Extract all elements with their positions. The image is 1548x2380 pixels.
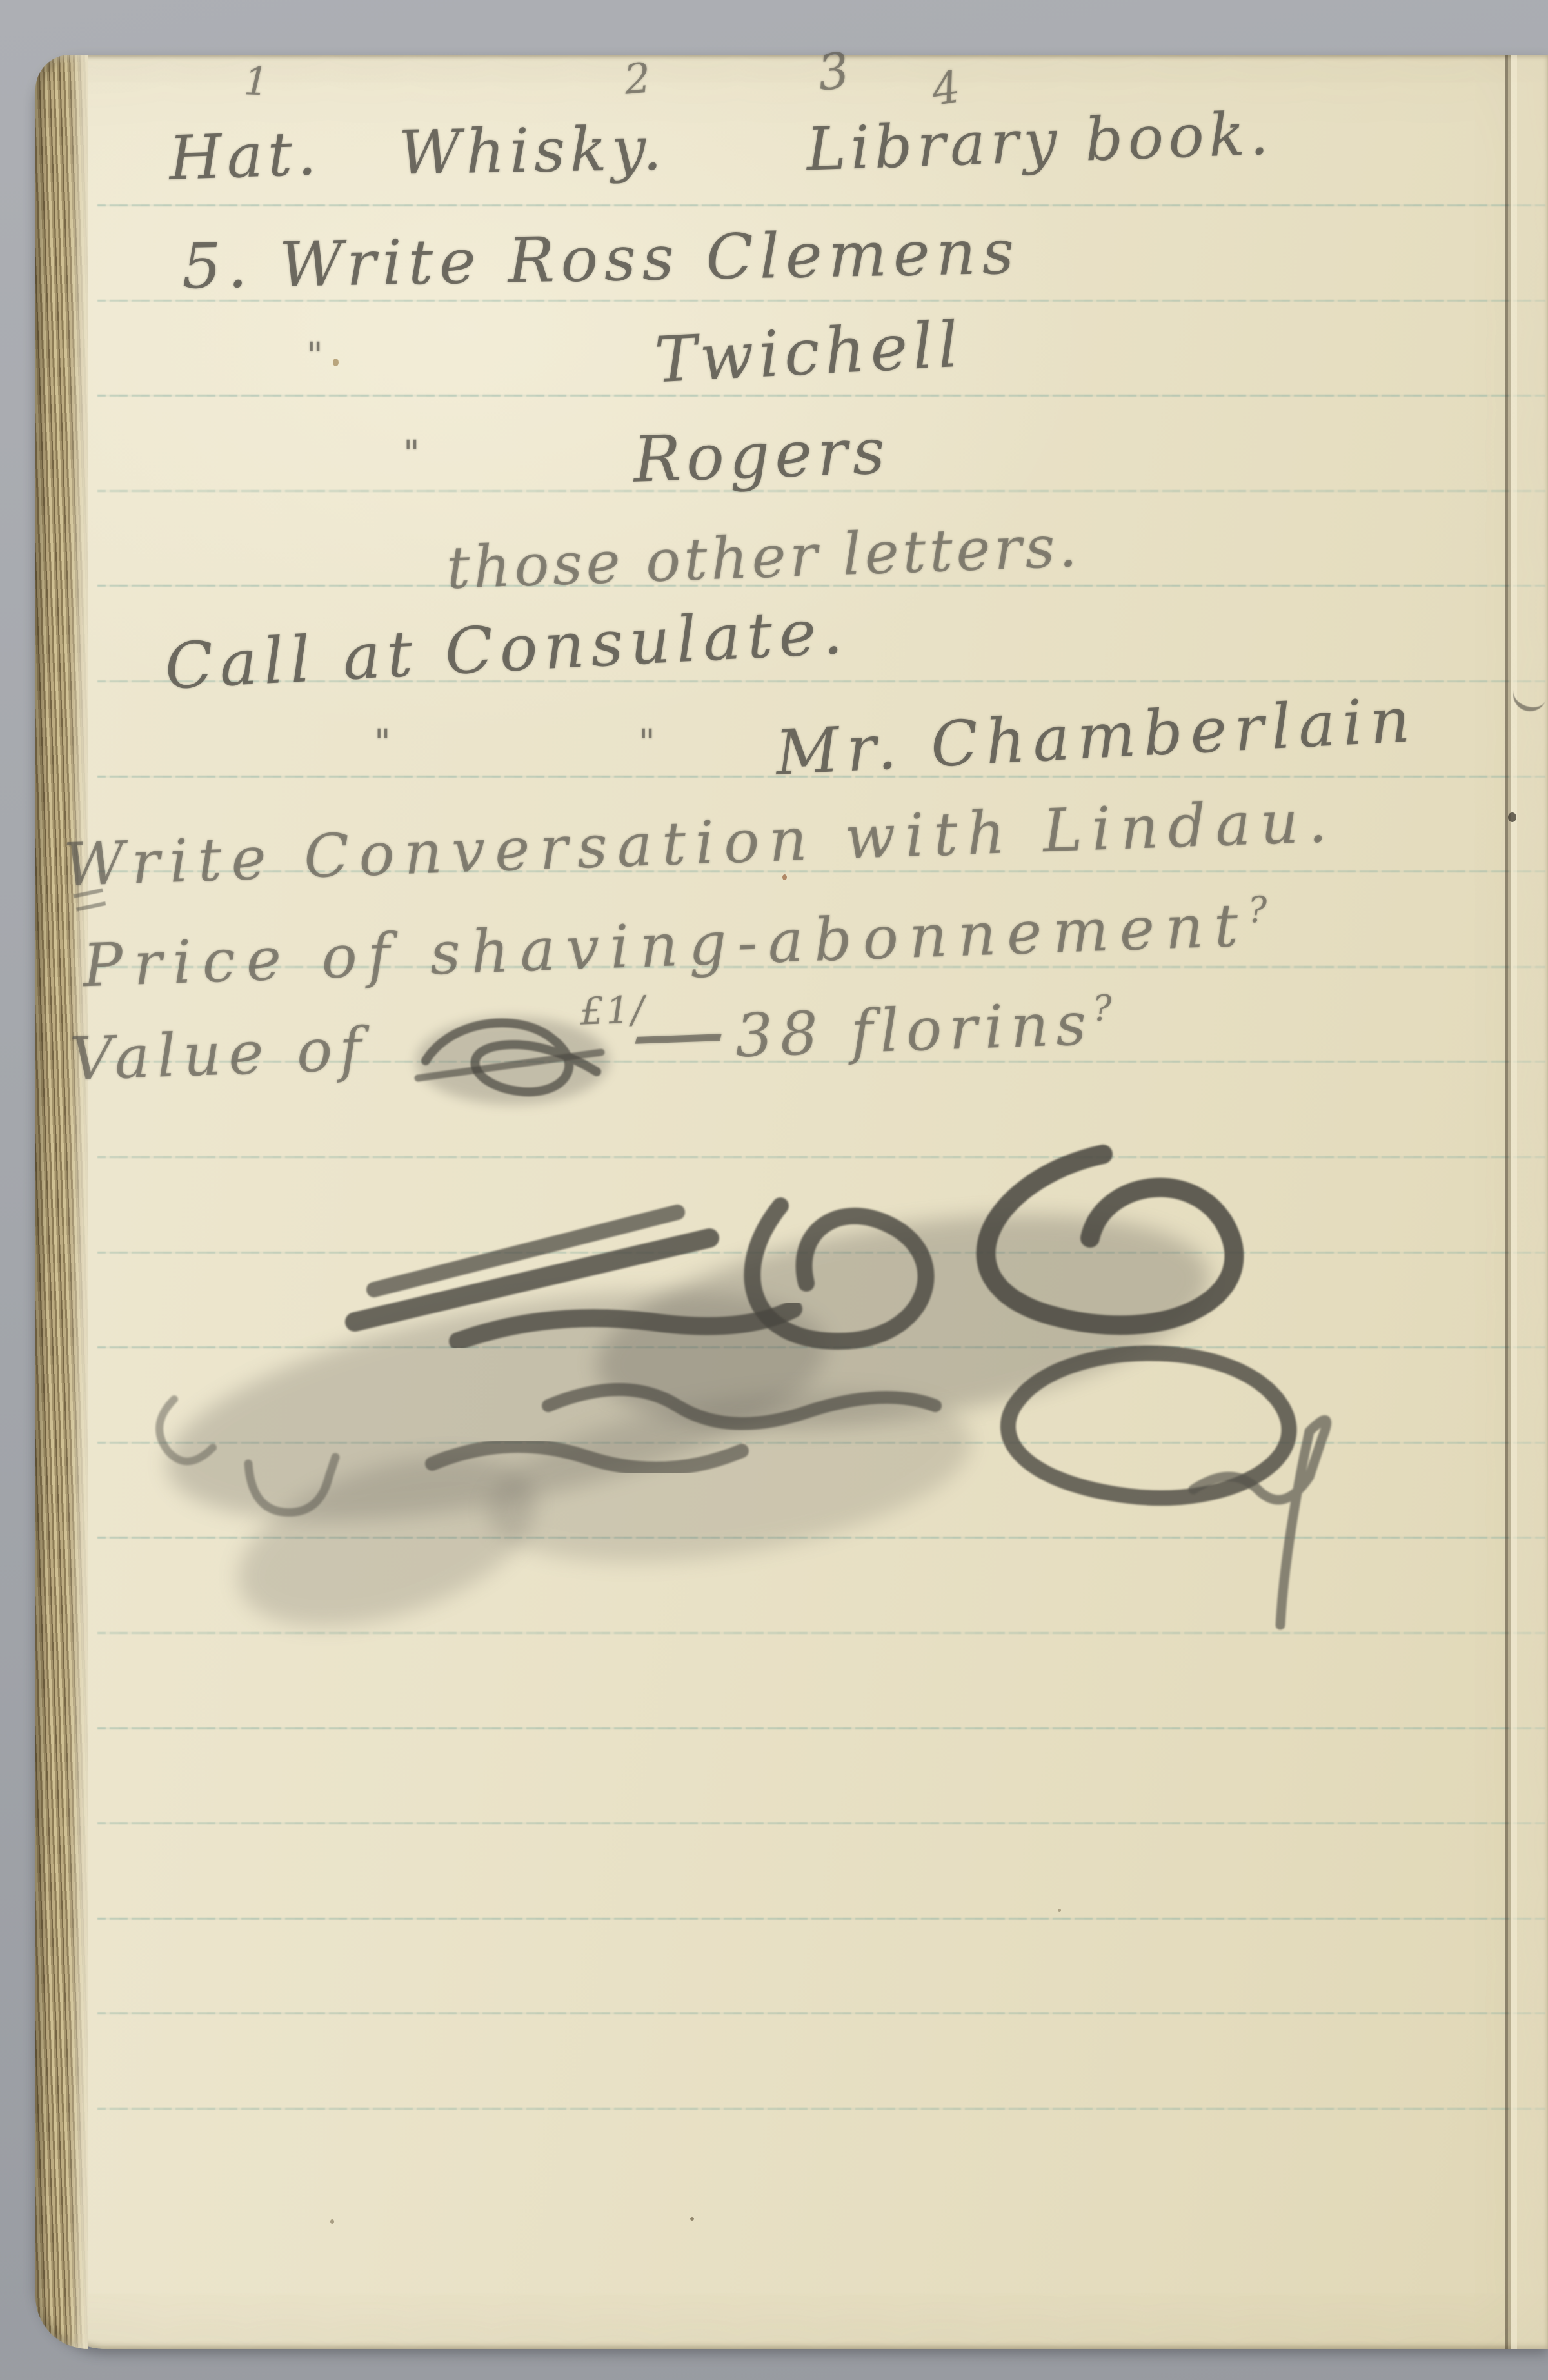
- corner-number-2: 2: [622, 54, 656, 104]
- rule-line: [97, 1918, 1545, 1920]
- next-page-edge: [1505, 55, 1548, 2349]
- entry-hat: Hat.: [168, 119, 322, 194]
- corner-number-1: 1: [243, 59, 272, 104]
- scanned-notebook-photo: 1 2 3 4 Hat. Whisky. Library book. 5. Wr…: [0, 0, 1548, 2380]
- rule-line: [97, 2012, 1545, 2014]
- question-mark-superscript: ?: [1092, 988, 1120, 1030]
- scribbled-out-lines: [97, 1128, 1419, 1657]
- paper-fleck: [330, 2219, 334, 2224]
- paper-fleck: [782, 874, 787, 880]
- question-mark-superscript: ?: [1247, 889, 1278, 932]
- paper-fleck: [1508, 812, 1516, 822]
- rule-line: [97, 2108, 1545, 2110]
- value-of-text: Value of: [69, 1014, 370, 1094]
- ditto-mark: ": [403, 433, 422, 475]
- paper-fleck: [333, 359, 339, 366]
- dash-mark: —: [630, 997, 739, 1070]
- rule-line: [97, 204, 1545, 206]
- paper-fleck: [1058, 1909, 1061, 1912]
- ditto-mark: ": [639, 722, 658, 764]
- florins-text: 38 florins: [734, 989, 1095, 1070]
- ditto-mark: ": [374, 722, 393, 764]
- entry-whisky: Whisky.: [398, 113, 667, 188]
- ditto-mark: ": [306, 335, 326, 377]
- corner-number-3: 3: [815, 41, 857, 102]
- rule-line: [97, 395, 1545, 397]
- entry-rogers: Rogers: [632, 415, 891, 497]
- rule-line: [97, 1727, 1545, 1729]
- rule-line: [97, 1822, 1545, 1824]
- paper-fleck: [690, 2217, 694, 2221]
- struck-out-word-scribble: [400, 993, 626, 1122]
- entry-write-ross-clemens: 5. Write Ross Clemens: [181, 216, 1020, 303]
